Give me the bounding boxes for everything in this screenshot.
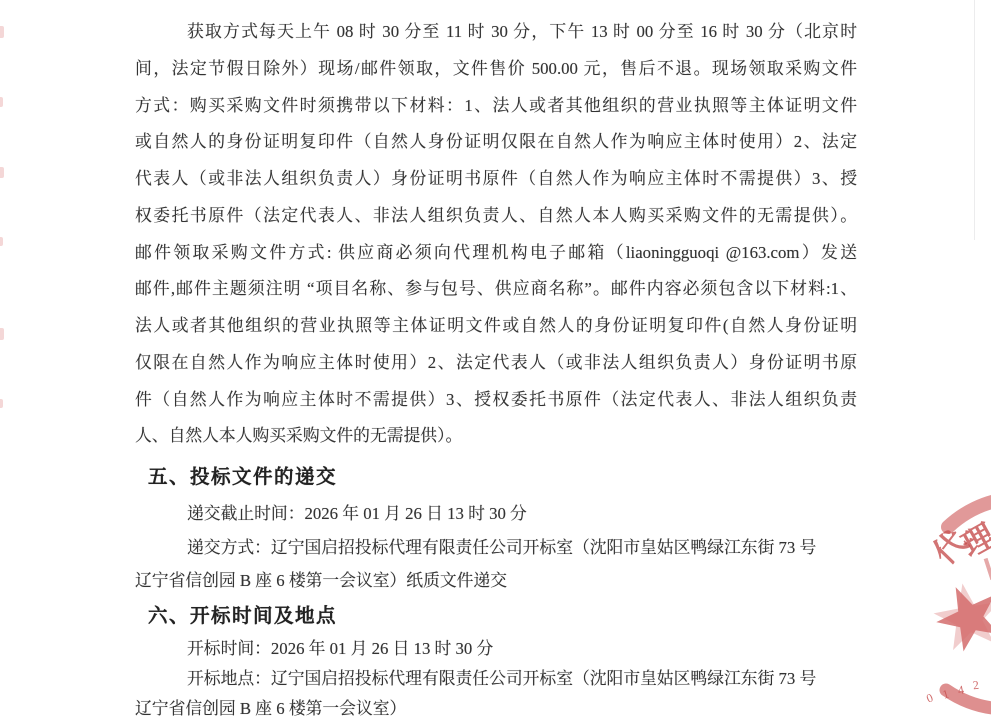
scan-page-edge: [974, 0, 975, 240]
seal-serial-digit: 0: [924, 690, 935, 705]
seal-ring-bottom-arc: [946, 690, 991, 709]
section-line: 递交截止时间：2026 年 01 月 26 日 13 时 30 分: [135, 497, 857, 531]
seal-ring-top-arc: [948, 499, 991, 527]
seal-char: 代: [926, 523, 974, 571]
paragraph-line: 件（自然人作为响应主体时不需提供）3、授权委托书原件（法定代表人、非法人组织负责: [135, 382, 857, 419]
section-line: 开标时间：2026 年 01 月 26 日 13 时 30 分: [135, 634, 857, 664]
paragraph-line: 权委托书原件（法定代表人、非法人组织负责人、自然人本人购买采购文件的无需提供）。: [135, 198, 857, 235]
left-edge-artifact: [0, 237, 3, 246]
official-seal-stamp: 代 理 0 1 4 2: [899, 488, 991, 721]
paragraph-line: 人、自然人本人购买采购文件的无需提供）。: [135, 418, 857, 455]
left-edge-artifact: [0, 26, 4, 38]
paragraph-line: 间，法定节假日除外）现场/邮件领取，文件售价 500.00 元，售后不退。现场领…: [135, 51, 857, 88]
left-edge-artifact: [0, 328, 4, 340]
seal-serial-digit: 2: [972, 678, 980, 693]
seal-char-fragment: [984, 558, 991, 580]
seal-char: 理: [956, 517, 991, 564]
section-line: 辽宁省信创园 B 座 6 楼第一会议室）: [135, 694, 857, 721]
seal-serial-digit: 4: [956, 683, 965, 698]
section-line: 开标地点：辽宁国启招投标代理有限责任公司开标室（沈阳市皇姑区鸭绿江东街 73 号: [135, 664, 857, 694]
section-5-heading: 五、投标文件的递交: [148, 459, 857, 497]
section-line: 辽宁省信创园 B 座 6 楼第一会议室）纸质文件递交: [135, 564, 857, 598]
paragraph-line: 获取方式每天上午 08 时 30 分至 11 时 30 分，下午 13 时 00…: [135, 14, 857, 51]
left-edge-artifact: [0, 167, 4, 178]
paragraph-line: 代表人（或非法人组织负责人）身份证明书原件（自然人作为响应主体时不需提供）3、授: [135, 161, 857, 198]
paragraph-line: 邮件,邮件主题须注明 “项目名称、参与包号、供应商名称”。邮件内容必须包含以下材…: [135, 271, 857, 308]
seal-serial-digit: 1: [941, 686, 951, 701]
paragraph-line: 或自然人的身份证明复印件（自然人身份证明仅限在自然人作为响应主体时使用）2、法定: [135, 124, 857, 161]
paragraph-line: 仅限在自然人作为响应主体时使用）2、法定代表人（或非法人组织负责人）身份证明书原: [135, 345, 857, 382]
section-line: 递交方式：辽宁国启招投标代理有限责任公司开标室（沈阳市皇姑区鸭绿江东街 73 号: [135, 531, 857, 565]
document-page: { "page": { "background": "#ffffff", "te…: [0, 0, 991, 721]
body-text-block: 获取方式每天上午 08 时 30 分至 11 时 30 分，下午 13 时 00…: [135, 14, 857, 721]
left-edge-artifact: [0, 399, 3, 408]
paragraph-line: 方式：购买采购文件时须携带以下材料：1、法人或者其他组织的营业执照等主体证明文件: [135, 88, 857, 125]
star-icon-smudge: [929, 578, 991, 653]
star-icon: [926, 574, 991, 657]
paragraph-line: 邮件领取采购文件方式: 供应商必须向代理机构电子邮箱（liaoningguoqi…: [135, 235, 857, 272]
left-edge-artifact: [0, 97, 3, 107]
paragraph-line: 法人或者其他组织的营业执照等主体证明文件或自然人的身份证明复印件(自然人身份证明: [135, 308, 857, 345]
section-6-heading: 六、开标时间及地点: [148, 600, 857, 634]
